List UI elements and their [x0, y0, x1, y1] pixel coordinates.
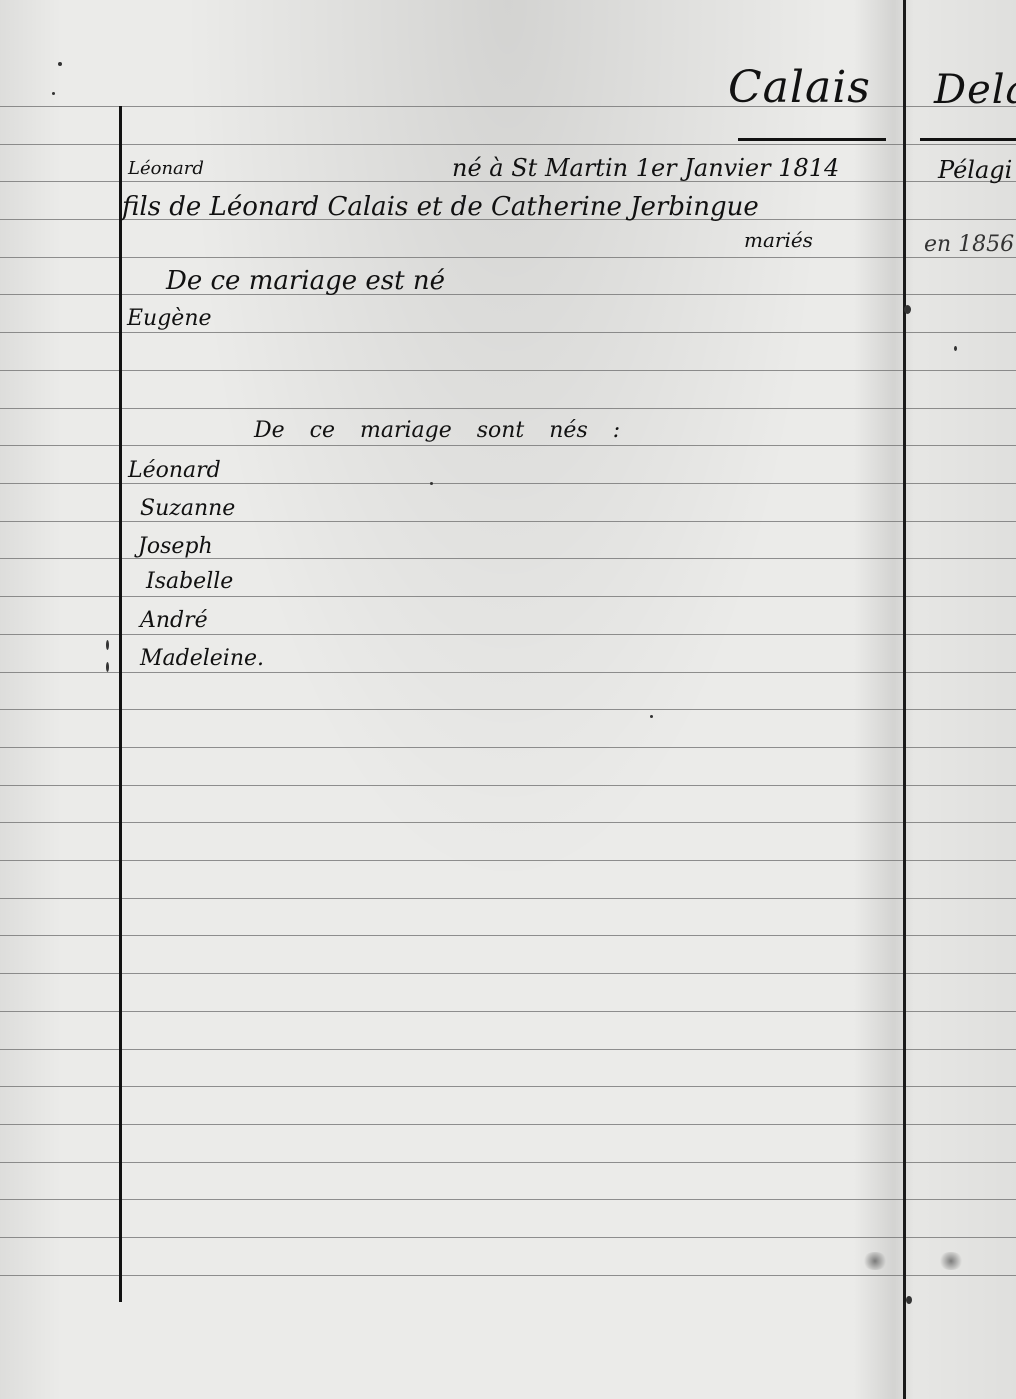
married-year-note: en 1856 [924, 234, 1014, 256]
second-marriage-heading: De ce mariage sont nés : [254, 420, 620, 442]
ruled-line [0, 1237, 1016, 1238]
ruled-line [0, 1049, 1016, 1050]
ruled-line [0, 1162, 1016, 1163]
ruled-line [0, 1199, 1016, 1200]
speck [52, 92, 55, 95]
ruled-line [0, 332, 1016, 333]
speck [904, 305, 911, 314]
speck [906, 1296, 912, 1304]
first-marriage-child: Eugène [127, 308, 212, 330]
surname-header-right: Delaf [934, 70, 1016, 110]
ruled-line [0, 294, 1016, 295]
ruled-line [0, 822, 1016, 823]
ruled-line [0, 257, 1016, 258]
ruled-line [0, 1011, 1016, 1012]
surname-underline-right [920, 138, 1016, 141]
ruled-line [0, 370, 1016, 371]
child-list-item: Joseph [138, 536, 213, 558]
ruled-line [0, 898, 1016, 899]
parents-info: fils de Léonard Calais et de Catherine J… [122, 194, 759, 220]
surname-underline-left [738, 138, 886, 141]
spouse-name: Pélagi [938, 158, 1012, 182]
ruled-line [0, 747, 1016, 748]
ink-mark [106, 640, 109, 650]
speck [430, 482, 433, 485]
ruled-line [0, 1124, 1016, 1125]
left-margin-line [119, 106, 122, 1302]
ruled-line [0, 408, 1016, 409]
smudge [862, 1252, 888, 1270]
page-fold-line [903, 0, 906, 1399]
ruled-line [0, 935, 1016, 936]
person-name: Léonard [128, 160, 204, 178]
first-marriage-heading: De ce mariage est né [166, 268, 445, 294]
ruled-line [0, 860, 1016, 861]
register-page: Calais Delaf Léonard né à St Martin 1er … [0, 0, 1016, 1399]
child-list-item: André [140, 610, 208, 632]
speck [58, 62, 62, 66]
speck [954, 346, 957, 351]
ink-mark [106, 662, 109, 672]
ruled-line [0, 973, 1016, 974]
speck [650, 715, 653, 718]
ruled-line [0, 1275, 1016, 1276]
ruled-line [0, 1086, 1016, 1087]
ruled-line [0, 521, 1016, 522]
child-list-item: Madeleine. [140, 648, 264, 670]
ruled-line [0, 483, 1016, 484]
birth-info: né à St Martin 1er Janvier 1814 [452, 156, 839, 180]
ruled-line [0, 445, 1016, 446]
ruled-line [0, 672, 1016, 673]
child-list-item: Isabelle [146, 571, 233, 593]
ruled-line [0, 144, 1016, 145]
smudge [938, 1252, 964, 1270]
child-list-item: Suzanne [140, 498, 235, 520]
ruled-line [0, 709, 1016, 710]
surname-header-left: Calais [728, 66, 871, 110]
married-label: mariés [744, 230, 813, 250]
ruled-line [0, 785, 1016, 786]
ruled-line [0, 596, 1016, 597]
ruled-line [0, 634, 1016, 635]
child-list-item: Léonard [128, 460, 221, 482]
